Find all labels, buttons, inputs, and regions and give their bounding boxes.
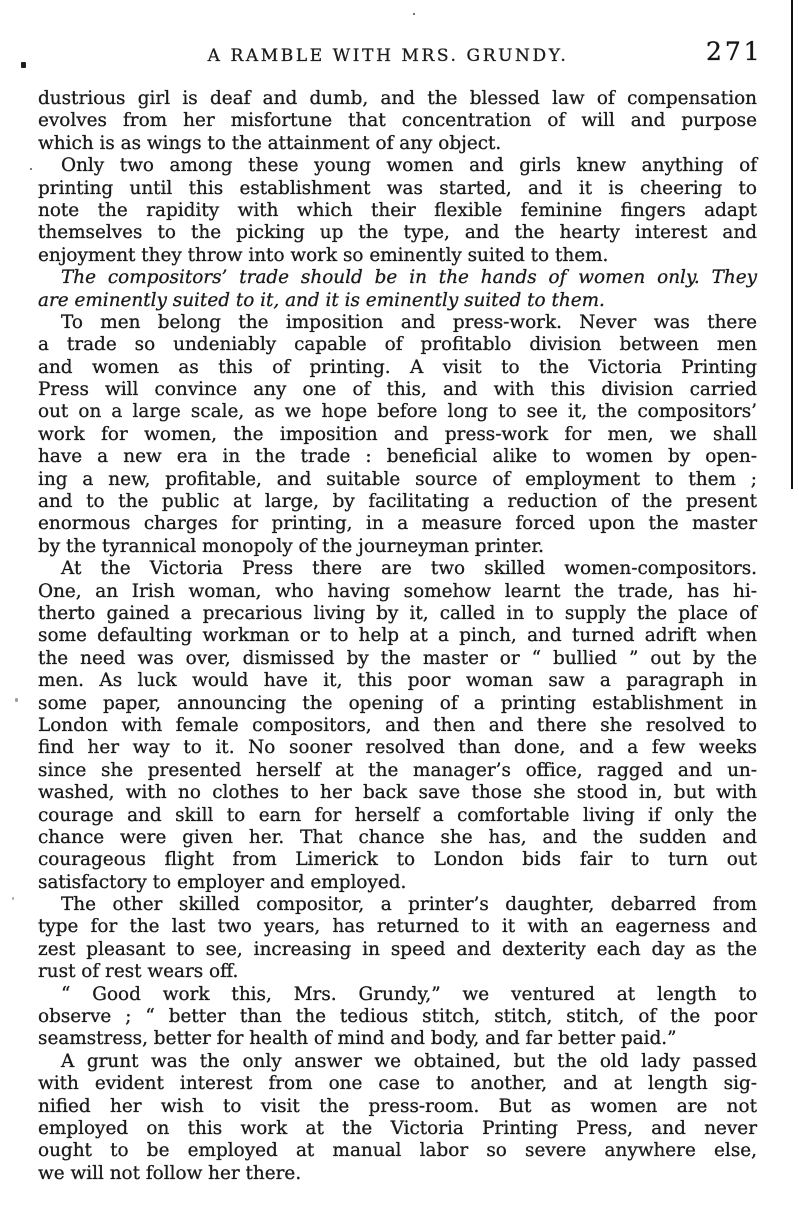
text-line: seamstress, better for health of mind an…	[38, 1028, 757, 1050]
text-line: zest pleasant to see, increasing in spee…	[38, 939, 757, 961]
text-line: dustrious girl is deaf and dumb, and the…	[38, 88, 757, 110]
text-line: work for women, the imposition and press…	[38, 424, 757, 446]
scan-speck	[15, 698, 18, 702]
text-line: type for the last two years, has returne…	[38, 916, 757, 938]
text-line: Only two among these young women and gir…	[38, 155, 757, 177]
text-line: the need was over, dismissed by the mast…	[38, 648, 757, 670]
page-number: 271	[706, 37, 763, 66]
text-line: printing until this establishment was st…	[38, 178, 757, 200]
text-line: which is as wings to the attainment of a…	[38, 133, 757, 155]
text-line: courageous flight from Limerick to Londo…	[38, 849, 757, 871]
text-line: ing a new, profitable, and suitable sour…	[38, 469, 757, 491]
text-line: London with female compositors, and then…	[38, 715, 757, 737]
text-line: since she presented herself at the manag…	[38, 760, 757, 782]
text-line: employed on this work at the Victoria Pr…	[38, 1118, 757, 1140]
text-line: are eminently suited to it, and it is em…	[38, 290, 757, 312]
text-line: “ Good work this, Mrs. Grundy,” we ventu…	[38, 984, 757, 1006]
text-line: washed, with no clothes to her back save…	[38, 782, 757, 804]
text-line: ought to be employed at manual labor so …	[38, 1140, 757, 1162]
text-line: therto gained a precarious living by it,…	[38, 603, 757, 625]
scan-speck	[12, 897, 14, 900]
text-line: To men belong the imposition and press-w…	[38, 312, 757, 334]
scan-speck	[413, 13, 415, 15]
text-line: The compositors’ trade should be in the …	[38, 267, 757, 289]
text-line: nified her wish to visit the press-room.…	[38, 1096, 757, 1118]
text-line: note the rapidity with which their flexi…	[38, 200, 757, 222]
text-line: some paper, announcing the opening of a …	[38, 693, 757, 715]
text-line: courage and skill to earn for herself a …	[38, 805, 757, 827]
text-line: enjoyment they throw into work so eminen…	[38, 245, 757, 267]
text-line: and to the public at large, by facilitat…	[38, 491, 757, 513]
text-line: we will not follow her there.	[38, 1163, 757, 1185]
text-line: and women as this of printing. A visit t…	[38, 357, 757, 379]
page-body: dustrious girl is deaf and dumb, and the…	[38, 88, 757, 1185]
scanned-page: A RAMBLE WITH MRS. GRUNDY. 271 dustrious…	[0, 0, 799, 1219]
scan-speck	[30, 168, 32, 170]
text-line: have a new era in the trade : beneficial…	[38, 446, 757, 468]
text-line: The other skilled compositor, a printer’…	[38, 894, 757, 916]
text-line: by the tyrannical monopoly of the journe…	[38, 536, 757, 558]
text-line: some defaulting workman or to help at a …	[38, 625, 757, 647]
text-line: with evident interest from one case to a…	[38, 1073, 757, 1095]
text-line: evolves from her misfortune that concent…	[38, 110, 757, 132]
text-line: satisfactory to employer and employed.	[38, 872, 757, 894]
text-line: find her way to it. No sooner resolved t…	[38, 737, 757, 759]
text-line: observe ; “ better than the tedious stit…	[38, 1006, 757, 1028]
text-line: rust of rest wears off.	[38, 961, 757, 983]
text-line: Press will convince any one of this, and…	[38, 379, 757, 401]
text-line: themselves to the picking up the type, a…	[38, 222, 757, 244]
text-line: a trade so undeniably capable of profita…	[38, 334, 757, 356]
running-head: A RAMBLE WITH MRS. GRUNDY.	[8, 46, 768, 66]
text-line: enormous charges for printing, in a meas…	[38, 513, 757, 535]
text-line: At the Victoria Press there are two skil…	[38, 558, 757, 580]
text-line: A grunt was the only answer we obtained,…	[38, 1051, 757, 1073]
text-line: chance were given her. That chance she h…	[38, 827, 757, 849]
text-line: One, an Irish woman, who having somehow …	[38, 581, 757, 603]
page-edge-line	[791, 0, 793, 489]
text-line: out on a large scale, as we hope before …	[38, 401, 757, 423]
text-line: men. As luck would have it, this poor wo…	[38, 670, 757, 692]
